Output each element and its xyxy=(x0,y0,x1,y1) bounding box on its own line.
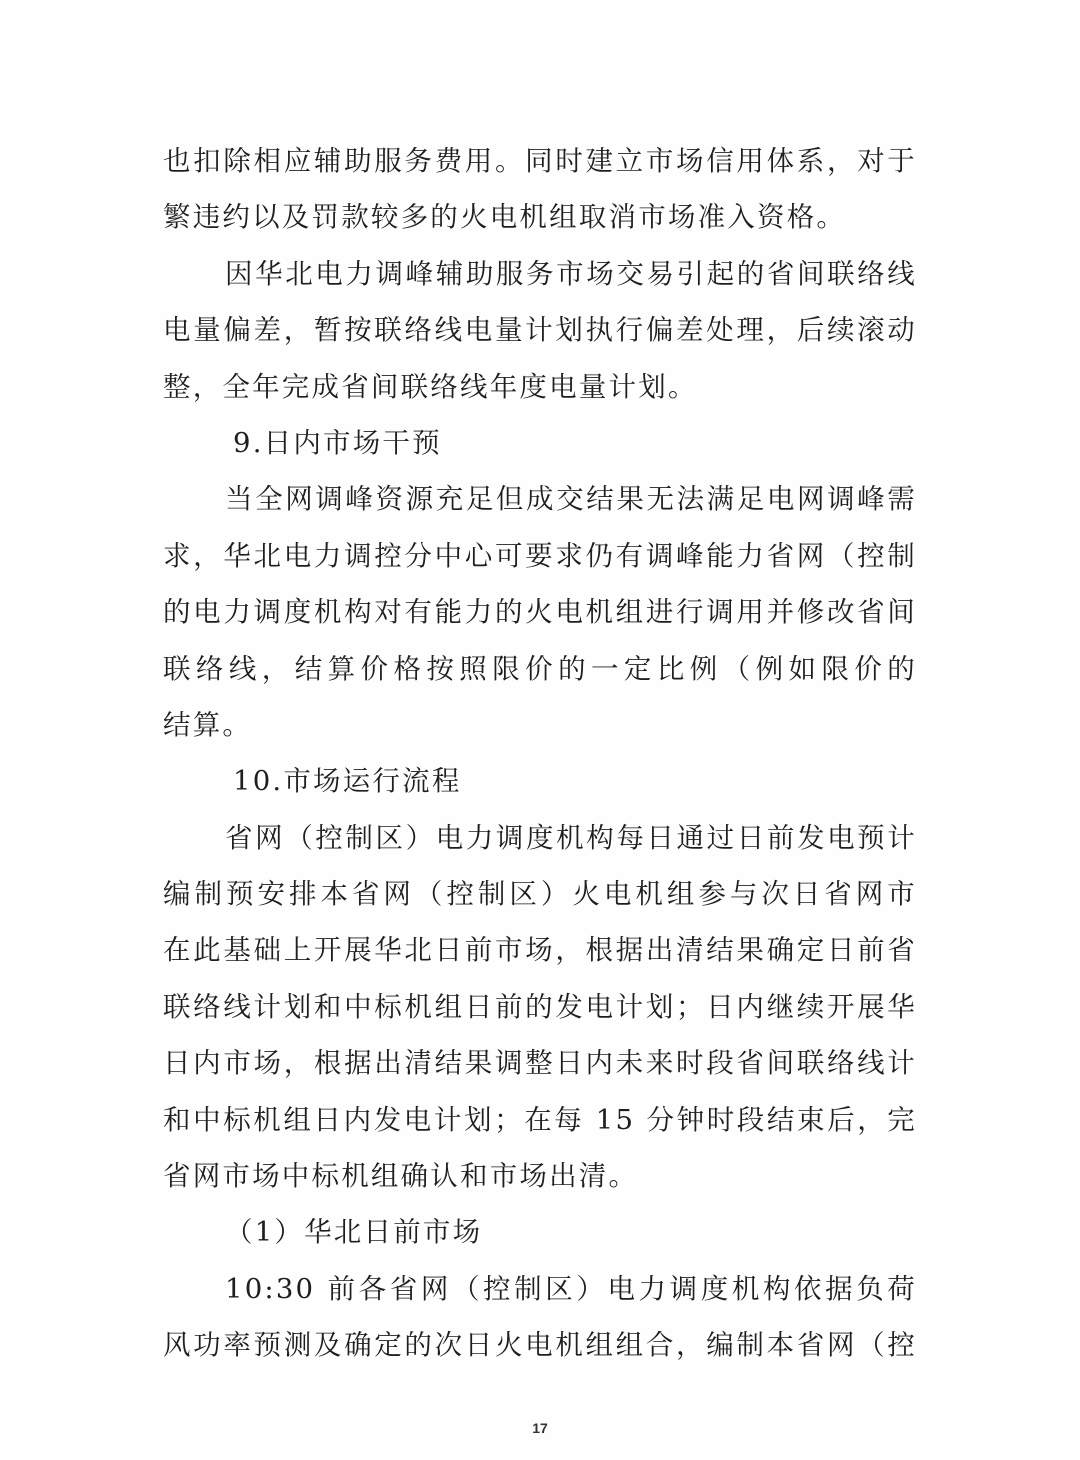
text-line: 10:30 前各省网（控制区）电力调度机构依据负荷预测、 xyxy=(163,1261,917,1317)
text-line: 电量偏差，暂按联络线电量计划执行偏差处理，后续滚动调 xyxy=(163,302,917,358)
text-line: 省网市场中标机组确认和市场出清。 xyxy=(163,1148,917,1204)
text-line: 整，全年完成省间联络线年度电量计划。 xyxy=(163,359,917,415)
section-heading: 10.市场运行流程 xyxy=(163,753,917,809)
text-line: 省网（控制区）电力调度机构每日通过日前发电预计划 xyxy=(163,810,917,866)
section-heading: 9.日内市场干预 xyxy=(163,415,917,471)
text-line: 风功率预测及确定的次日火电机组组合，编制本省网（控制 xyxy=(163,1317,917,1373)
text-line: 编制预安排本省网（控制区）火电机组参与次日省网市场； xyxy=(163,866,917,922)
text-line: 日内市场，根据出清结果调整日内未来时段省间联络线计划 xyxy=(163,1035,917,1091)
text-line: 因华北电力调峰辅助服务市场交易引起的省间联络线 xyxy=(163,246,917,302)
text-line: 在此基础上开展华北日前市场，根据出清结果确定日前省间 xyxy=(163,922,917,978)
text-line: 和中标机组日内发电计划；在每 15 分钟时段结束后，完成 xyxy=(163,1092,917,1148)
text-line: 繁违约以及罚款较多的火电机组取消市场准入资格。 xyxy=(163,189,917,245)
body-text: 也扣除相应辅助服务费用。同时建立市场信用体系，对于频 繁违约以及罚款较多的火电机… xyxy=(163,133,917,1374)
page-number: 17 xyxy=(0,1420,1080,1436)
text-line: 也扣除相应辅助服务费用。同时建立市场信用体系，对于频 xyxy=(163,133,917,189)
text-line: 当全网调峰资源充足但成交结果无法满足电网调峰需 xyxy=(163,471,917,527)
text-line: 求，华北电力调控分中心可要求仍有调峰能力省网（控制区） xyxy=(163,528,917,584)
text-line: 联络线，结算价格按照限价的一定比例（例如限价的 50%） xyxy=(163,641,917,697)
text-line: 的电力调度机构对有能力的火电机组进行调用并修改省间 xyxy=(163,584,917,640)
subsection-heading: （1）华北日前市场 xyxy=(163,1204,917,1260)
document-page: 也扣除相应辅助服务费用。同时建立市场信用体系，对于频 繁违约以及罚款较多的火电机… xyxy=(0,0,1080,1460)
text-line: 联络线计划和中标机组日前的发电计划；日内继续开展华北 xyxy=(163,979,917,1035)
text-line: 结算。 xyxy=(163,697,917,753)
